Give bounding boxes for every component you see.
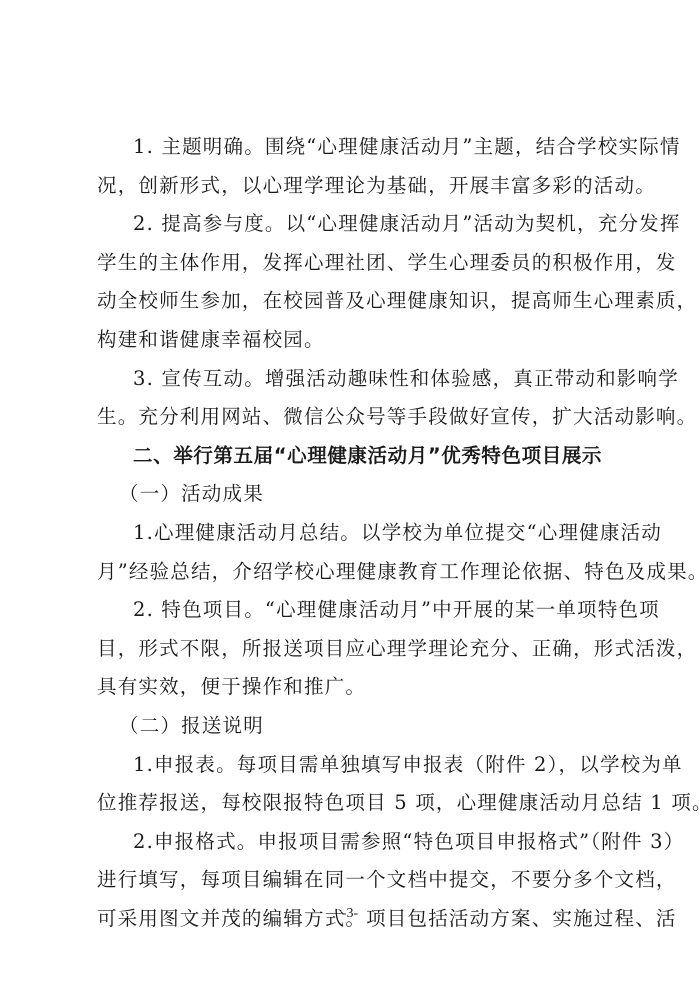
paragraph-2-line-1: 2. 提高参与度。以“心理健康活动月”活动为契机，充分发挥 [97,205,605,244]
paragraph-1-line-1: 1. 主题明确。围绕“心理健康活动月”主题，结合学校实际情 [97,128,605,167]
paragraph-4-line-2: 月”经验总结，介绍学校心理健康教育工作理论依据、特色及成果。 [97,553,605,592]
paragraph-3-line-2: 生。充分利用网站、微信公众号等手段做好宣传，扩大活动影响。 [97,398,605,437]
paragraph-5-line-1: 2. 特色项目。“心理健康活动月”中开展的某一单项特色项 [97,591,605,630]
paragraph-2-line-3: 动全校师生参加，在校园普及心理健康知识，提高师生心理素质， [97,282,605,321]
paragraph-1-line-2: 况，创新形式，以心理学理论为基础，开展丰富多彩的活动。 [97,167,605,206]
paragraph-3-line-1: 3. 宣传互动。增强活动趣味性和体验感，真正带动和影响学 [97,360,605,399]
paragraph-7-line-2: 进行填写，每项目编辑在同一个文档中提交，不要分多个文档， [97,861,605,900]
subheading-submission-notes: （二）报送说明 [97,707,605,746]
page-number: -3- [0,906,700,922]
paragraph-6-line-2: 位推荐报送，每校限报特色项目 5 项，心理健康活动月总结 1 项。 [97,784,605,823]
paragraph-7-line-1: 2.申报格式。申报项目需参照“特色项目申报格式”（附件 3） [97,823,605,862]
paragraph-4-line-1: 1.心理健康活动月总结。以学校为单位提交“心理健康活动 [97,514,605,553]
paragraph-5-line-3: 具有实效，便于操作和推广。 [97,668,605,707]
subheading-activity-results: （一）活动成果 [97,475,605,514]
paragraph-6-line-1: 1.申报表。每项目需单独填写申报表（附件 2），以学校为单 [97,746,605,785]
paragraph-2-line-4: 构建和谐健康幸福校园。 [97,321,605,360]
paragraph-2-line-2: 学生的主体作用，发挥心理社团、学生心理委员的积极作用，发 [97,244,605,283]
document-page-body: 1. 主题明确。围绕“心理健康活动月”主题，结合学校实际情 况，创新形式，以心理… [97,128,605,938]
paragraph-5-line-2: 目，形式不限，所报送项目应心理学理论充分、正确，形式活泼， [97,630,605,669]
section-heading-2: 二、举行第五届“心理健康活动月”优秀特色项目展示 [97,437,605,476]
